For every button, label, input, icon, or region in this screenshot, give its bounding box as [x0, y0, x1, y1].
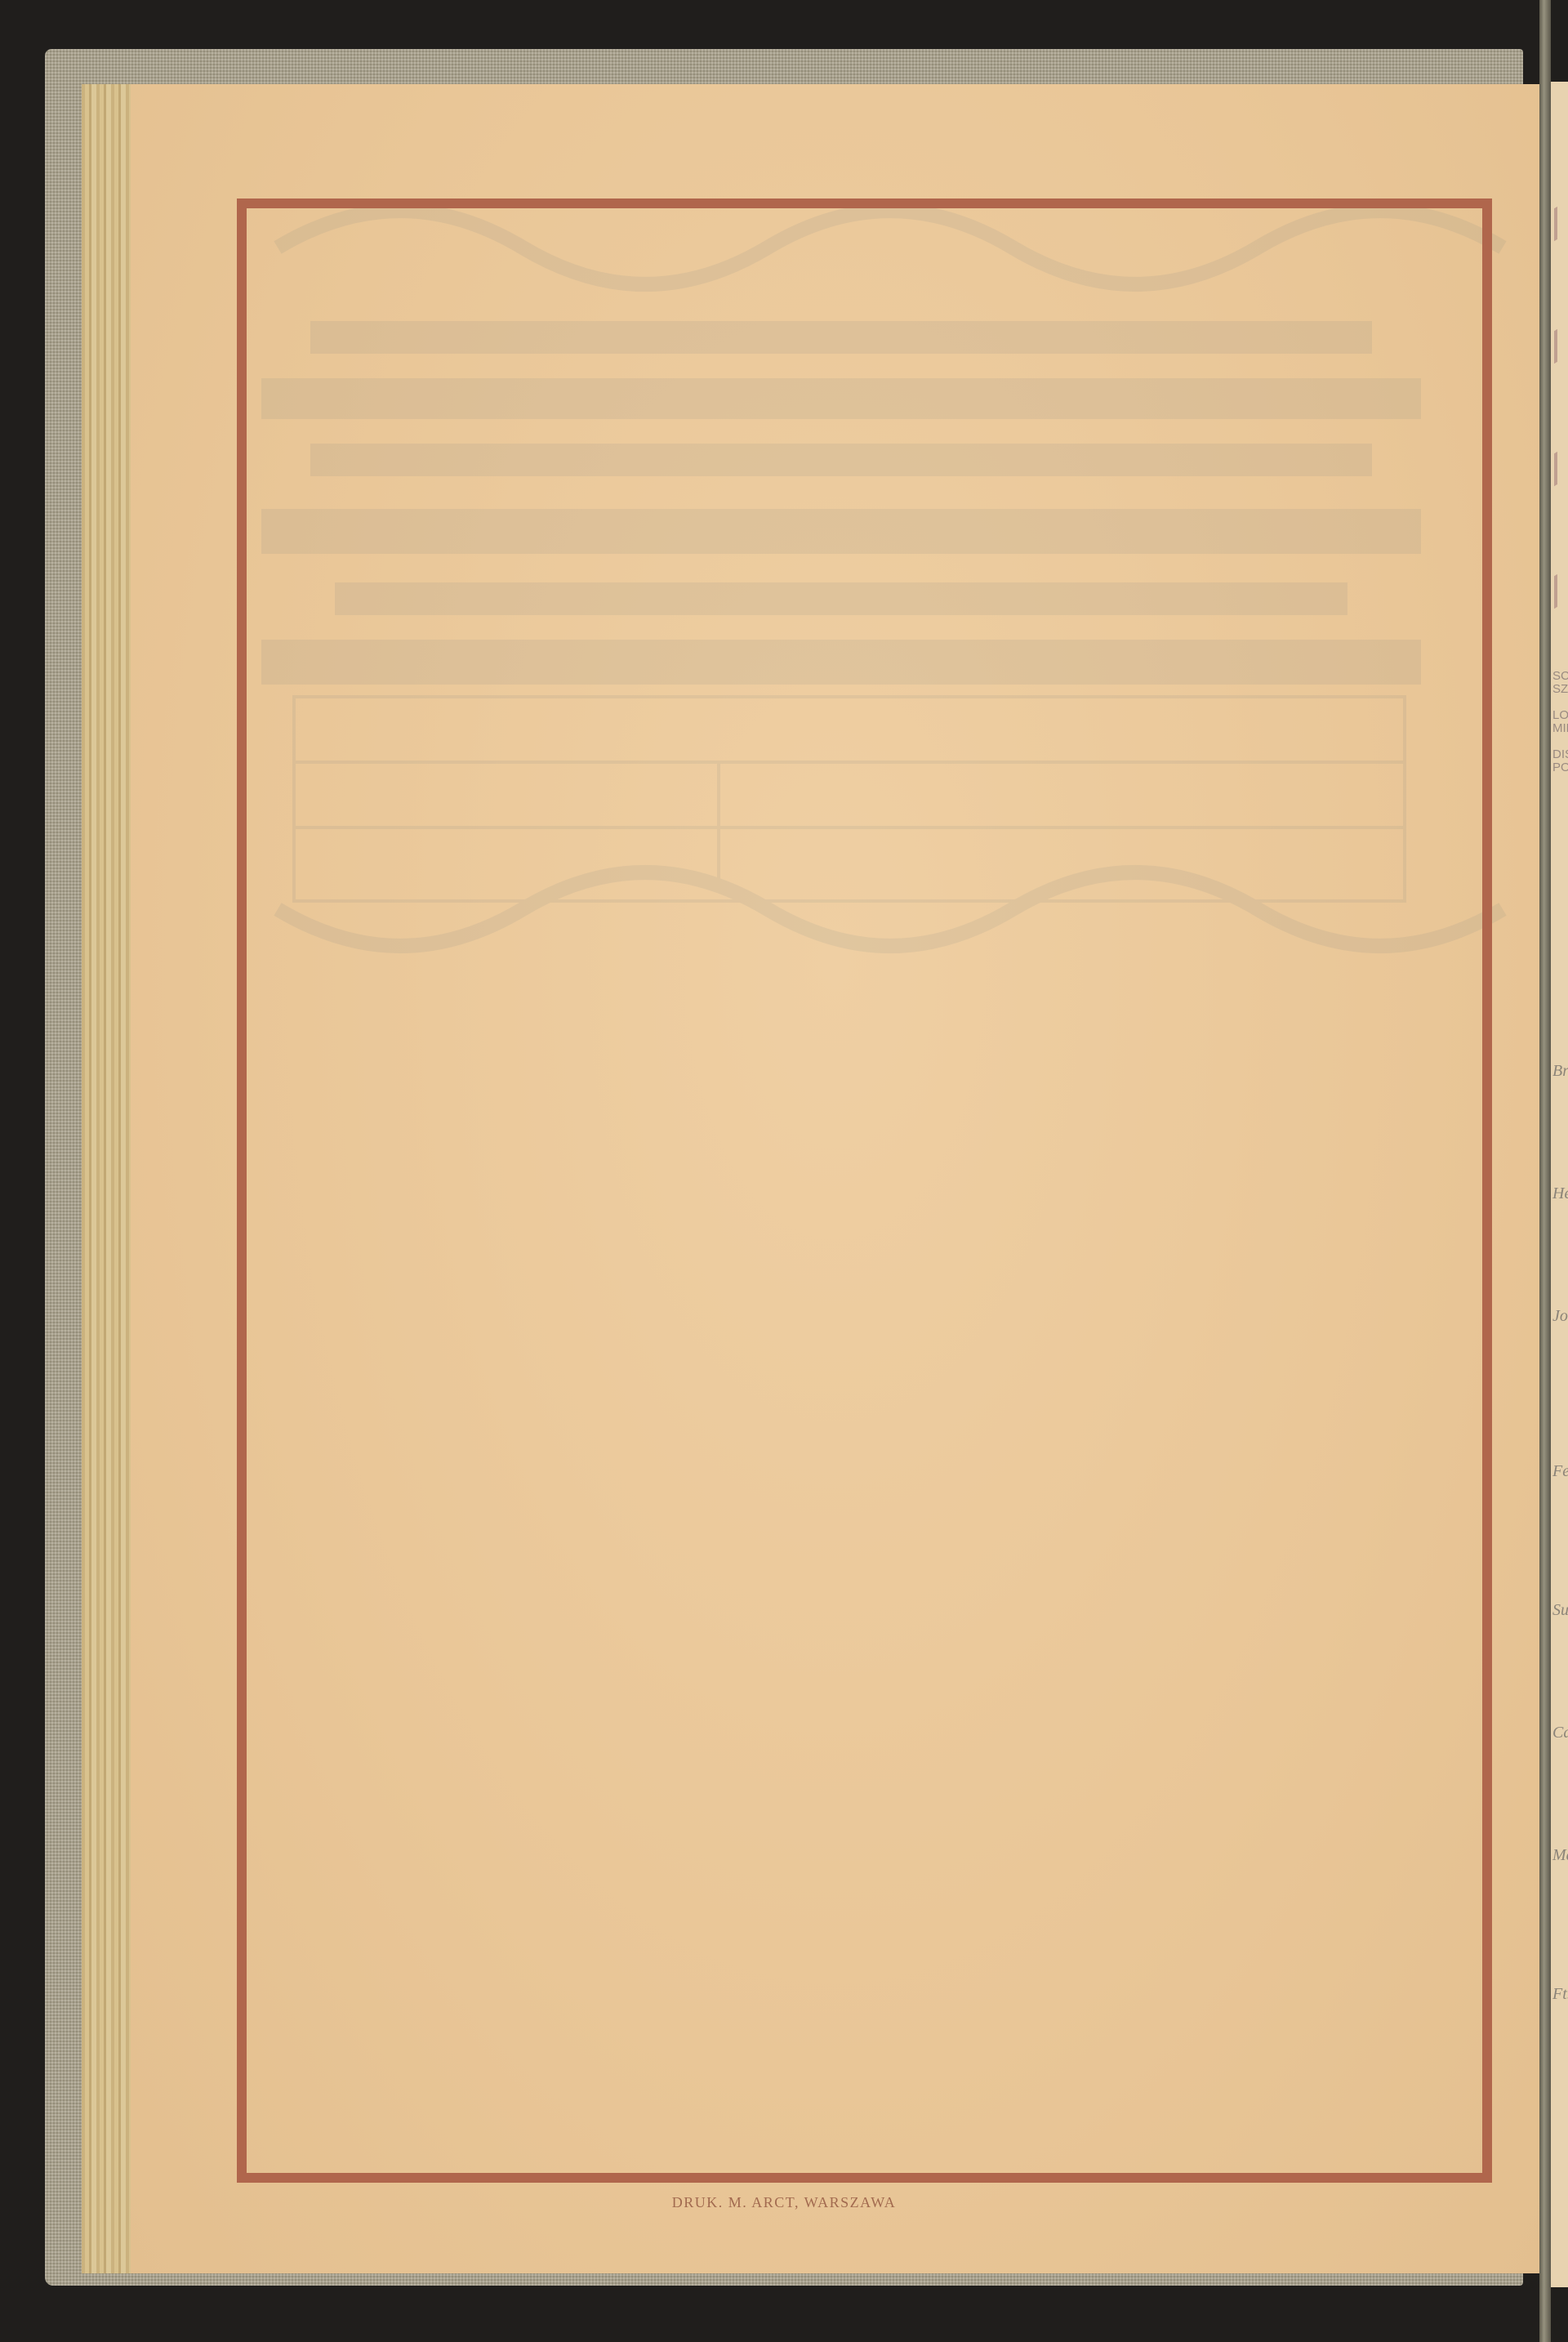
handwritten-fragment: Ma [1552, 1846, 1568, 1865]
printed-fragment: MIE [1552, 722, 1568, 735]
page-block-edges [82, 84, 132, 2273]
adjacent-page-strip: SCHO SZKO LOC MIE DIST PO Br He Jo Feli … [1551, 82, 1568, 2287]
printer-imprint: DRUK. M. ARCT, WARSZAWA [0, 2194, 1568, 2211]
printed-fragment: LOC [1552, 709, 1568, 722]
handwritten-fragment: Jo [1552, 1307, 1568, 1326]
printed-fragment: SZKO [1552, 683, 1568, 696]
handwritten-fragment: He [1552, 1184, 1568, 1203]
ornament-stroke [1554, 568, 1568, 609]
printed-fragment: PO [1552, 761, 1568, 774]
ornament-stroke [1554, 323, 1568, 364]
printed-fragment: SCHO [1552, 670, 1568, 683]
book-page [131, 84, 1539, 2273]
handwritten-fragment: Feli [1552, 1462, 1568, 1481]
handwritten-fragment: Su [1552, 1601, 1568, 1620]
handwritten-fragment: Ca [1552, 1724, 1568, 1742]
printed-fragment: DIST [1552, 748, 1568, 761]
ornament-stroke [1554, 445, 1568, 486]
handwritten-fragment: Br [1552, 1062, 1568, 1081]
ornament-stroke [1554, 200, 1568, 241]
handwritten-fragment: Ft. [1552, 1985, 1568, 2004]
decorative-frame [237, 199, 1492, 2183]
glass-plate-edge [1539, 0, 1551, 2342]
